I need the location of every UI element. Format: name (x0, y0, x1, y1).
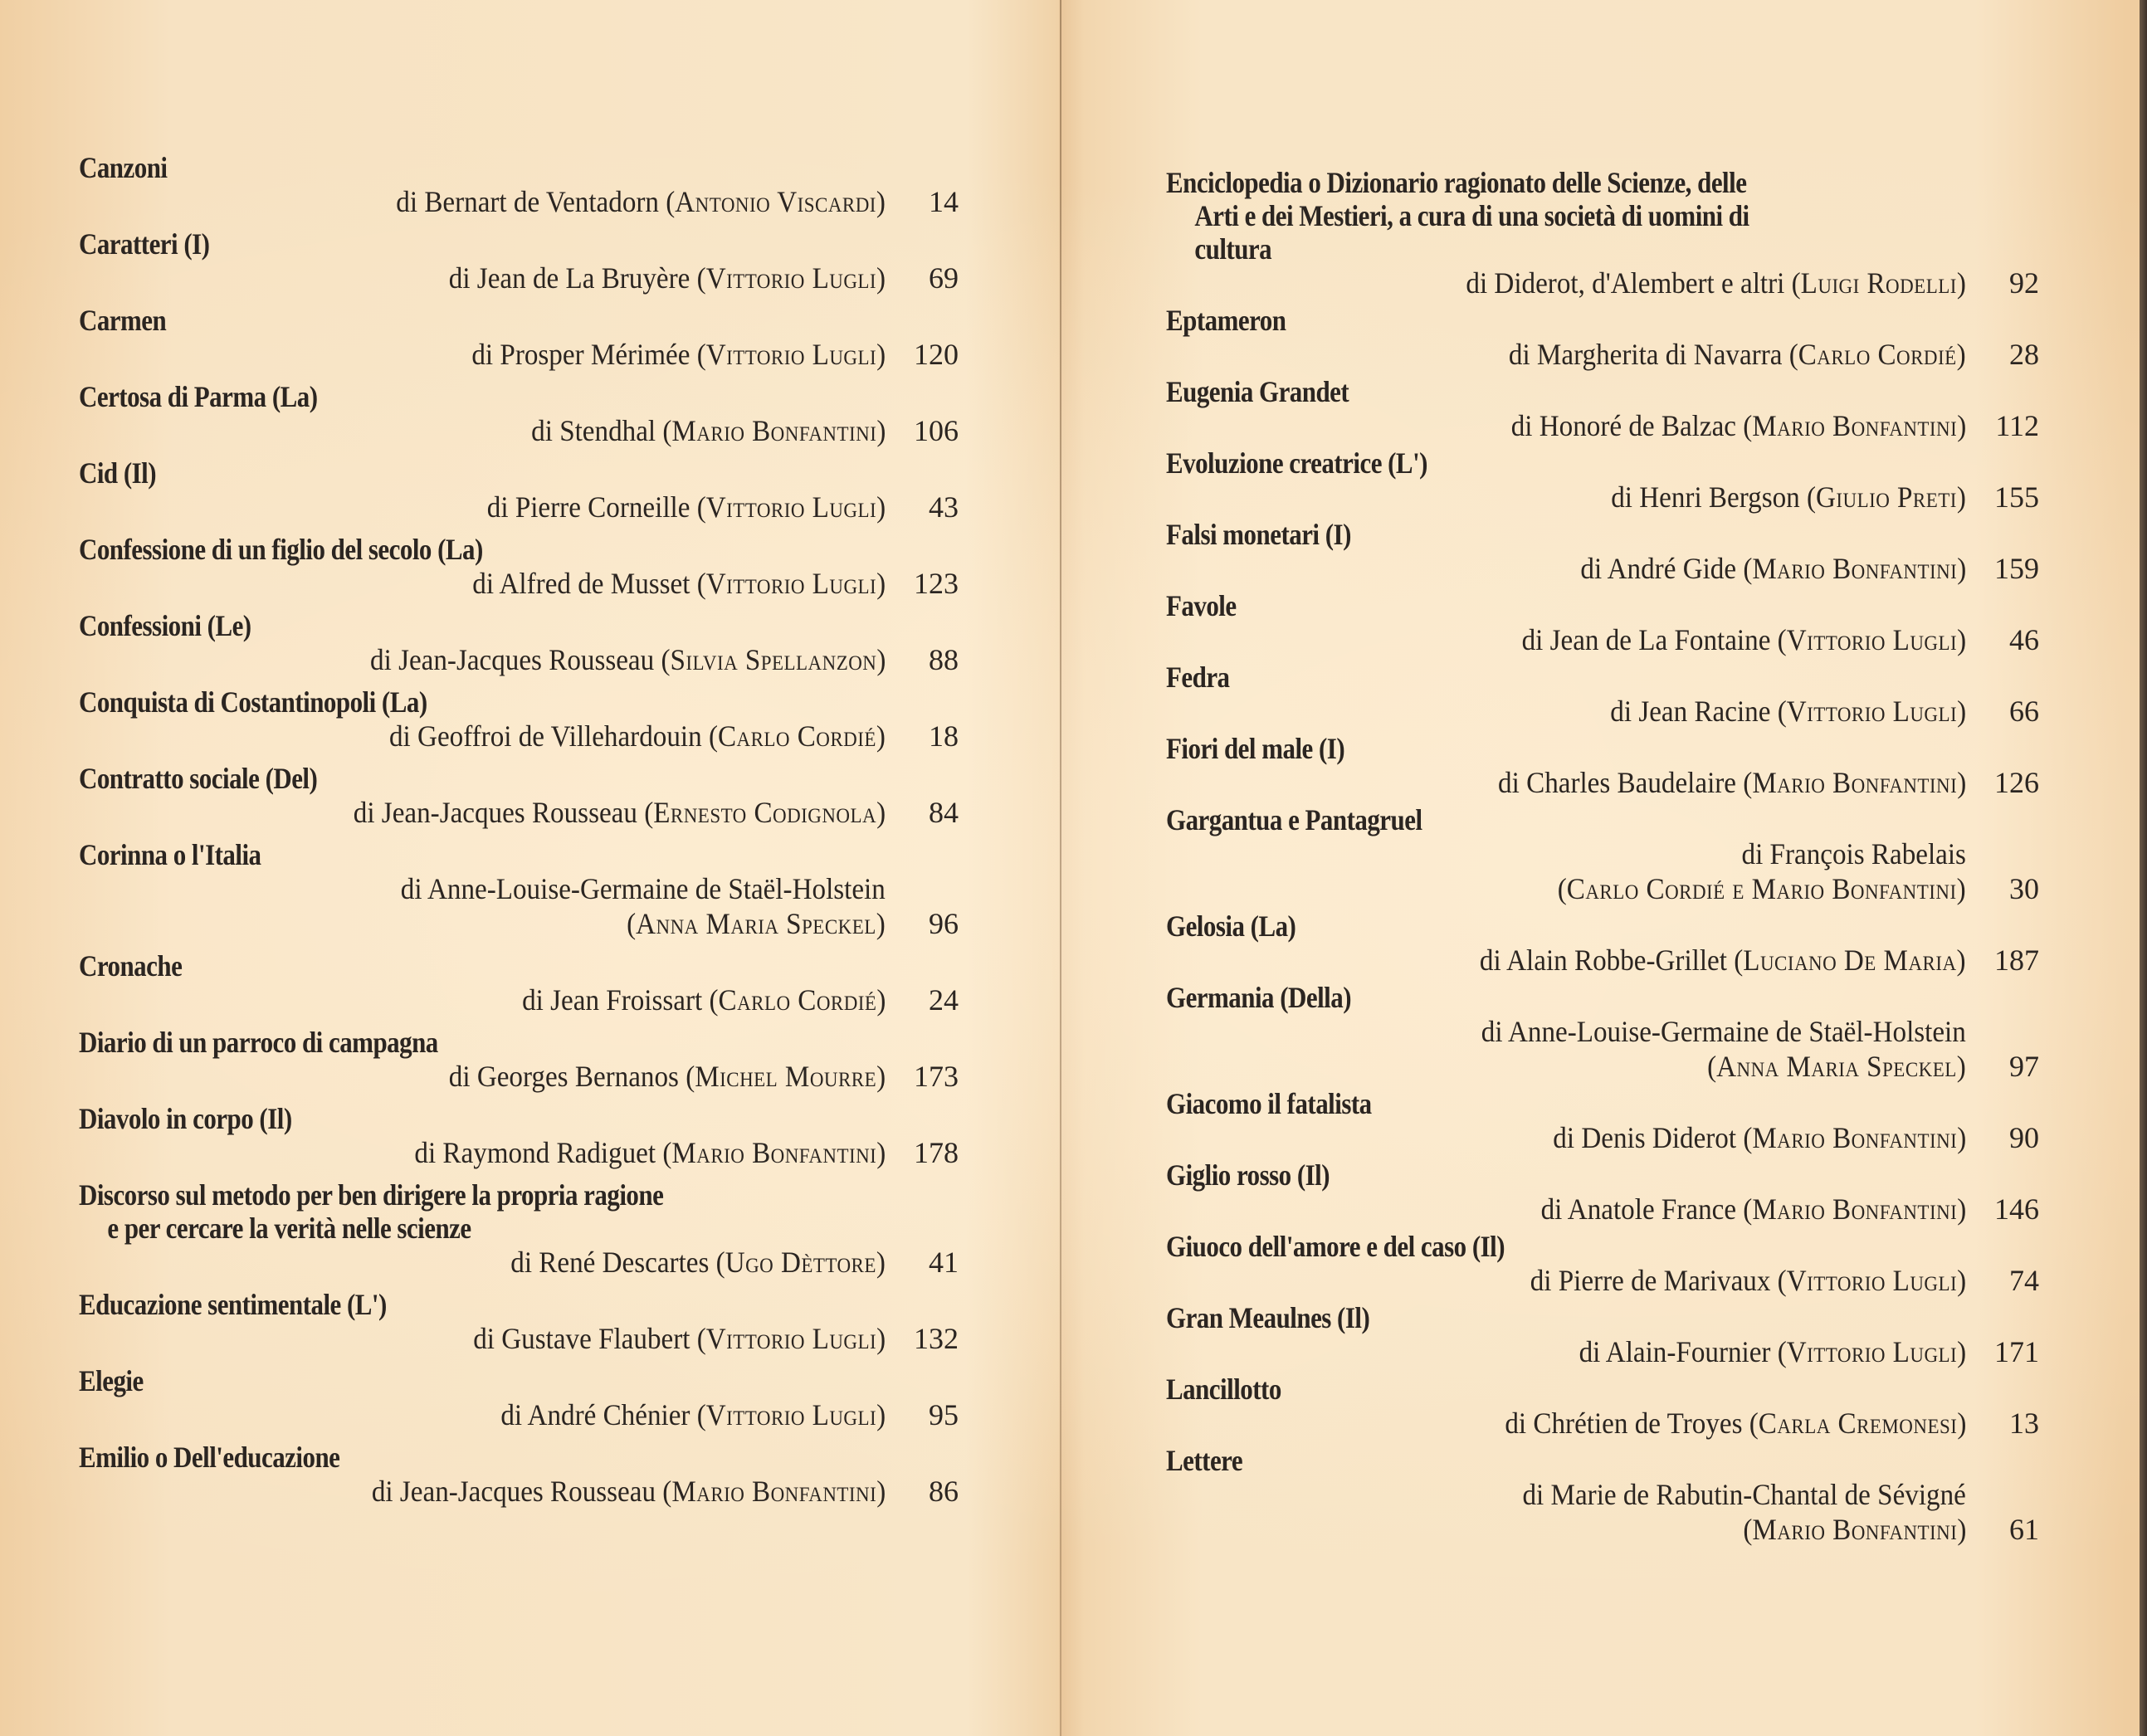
entry-title-line: Germania (Della) (1166, 981, 1917, 1014)
entry-title-line: Caratteri (I) (79, 227, 836, 261)
entry-title-line: Corinna o l'Italia (79, 838, 836, 871)
entry-detail-line: di Alain Robbe-Grillet (Luciano De Maria… (1166, 943, 2039, 978)
entry-title-line: Evoluzione creatrice (L') (1166, 446, 1917, 480)
index-entry: Enciclopedia o Dizionario ragionato dell… (1166, 166, 2039, 300)
index-entry: Confessioni (Le)di Jean-Jacques Rousseau… (79, 609, 959, 677)
entry-translator: Luciano De Maria (1744, 944, 1957, 977)
page-number: 123 (886, 566, 959, 601)
entry-title-line: Enciclopedia o Dizionario ragionato dell… (1166, 166, 1917, 199)
entry-author: di Geoffroi de Villehardouin (389, 719, 702, 753)
entry-author: di Georges Bernanos (449, 1060, 679, 1093)
entry-author: di Honoré de Balzac (1510, 409, 1735, 442)
page-number: 74 (1966, 1263, 2039, 1298)
entry-title: Diavolo in corpo (Il) (79, 1102, 836, 1135)
entry-translator: Vittorio Lugli (706, 261, 876, 295)
page-number: 159 (1966, 551, 2039, 586)
entry-translator-wrap: (Anna Maria Speckel) (627, 906, 886, 941)
entry-title-line: Emilio o Dell'educazione (79, 1441, 836, 1474)
entry-author-translator: di Pierre de Marivaux (Vittorio Lugli) (1530, 1263, 1966, 1298)
entry-author: di Jean de La Bruyère (449, 261, 690, 295)
entry-title: Giacomo il fatalista (1166, 1087, 1917, 1120)
entry-author-translator: di René Descartes (Ugo Dèttore) (510, 1245, 886, 1280)
entry-author: di Prosper Mérimée (471, 338, 690, 371)
page-number: 13 (1966, 1406, 2039, 1441)
entry-author: di Pierre Corneille (487, 490, 690, 524)
entry-title-line: Cid (Il) (79, 456, 836, 490)
page-number: 97 (1966, 1049, 2039, 1084)
entry-author-translator: di Bernart de Ventadorn (Antonio Viscard… (396, 184, 886, 219)
index-entry: Conquista di Costantinopoli (La)di Geoff… (79, 685, 959, 753)
entry-author: di Margherita di Navarra (1509, 338, 1783, 371)
book-spine (1060, 0, 1061, 1736)
entry-detail-line: di Margherita di Navarra (Carlo Cordié)2… (1166, 337, 2039, 372)
entry-translator: Carlo Cordié e Mario Bonfantini (1567, 872, 1957, 905)
entry-title: Favole (1166, 589, 1917, 622)
page-number: 84 (886, 795, 959, 830)
entry-title-line: Conquista di Costantinopoli (La) (79, 685, 836, 719)
entry-detail-line: di Charles Baudelaire (Mario Bonfantini)… (1166, 765, 2039, 800)
entry-detail-line: di André Chénier (Vittorio Lugli)95 (79, 1397, 959, 1432)
entry-author: di Henri Bergson (1611, 480, 1800, 514)
entry-author: di Alain Robbe-Grillet (1480, 944, 1727, 977)
page-number: 155 (1966, 480, 2039, 514)
index-entry: Lancillottodi Chrétien de Troyes (Carla … (1166, 1373, 2039, 1441)
entry-title: Fiori del male (I) (1166, 732, 1917, 765)
entry-detail-line: di Raymond Radiguet (Mario Bonfantini)17… (79, 1135, 959, 1170)
entry-author-translator: di Diderot, d'Alembert e altri (Luigi Ro… (1466, 266, 1966, 300)
page-number: 86 (886, 1474, 959, 1509)
entry-detail-line: di Stendhal (Mario Bonfantini)106 (79, 413, 959, 448)
entry-translator: Luigi Rodelli (1801, 266, 1957, 300)
entry-author-translator: di Georges Bernanos (Michel Mourre) (449, 1059, 886, 1094)
page-number: 178 (886, 1135, 959, 1170)
entry-title-line: Eptameron (1166, 304, 1917, 337)
entry-translator-wrap: (Anna Maria Speckel) (1707, 1049, 1966, 1084)
entry-detail-line: di Gustave Flaubert (Vittorio Lugli)132 (79, 1321, 959, 1356)
index-entry: Corinna o l'Italiadi Anne-Louise-Germain… (79, 838, 959, 941)
entry-author: di Jean de La Fontaine (1521, 623, 1770, 656)
entry-detail-line: di Jean-Jacques Rousseau (Ernesto Codign… (79, 795, 959, 830)
page-number: 14 (886, 184, 959, 219)
index-entry: Falsi monetari (I)di André Gide (Mario B… (1166, 518, 2039, 586)
entry-title: Discorso sul metodo per ben dirigere la … (79, 1178, 836, 1245)
index-entry: Certosa di Parma (La)di Stendhal (Mario … (79, 380, 959, 448)
entry-translator: Vittorio Lugli (1787, 1264, 1957, 1297)
entry-translator-wrap: (Carlo Cordié e Mario Bonfantini) (1558, 871, 1966, 906)
entry-detail-line: di Jean-Jacques Rousseau (Mario Bonfanti… (79, 1474, 959, 1509)
entry-title-line: Gargantua e Pantagruel (1166, 803, 1917, 836)
entry-title: Falsi monetari (I) (1166, 518, 1917, 551)
index-entry: Emilio o Dell'educazionedi Jean-Jacques … (79, 1441, 959, 1509)
entry-author-translator: di Raymond Radiguet (Mario Bonfantini) (414, 1135, 886, 1170)
entry-translator: Vittorio Lugli (706, 338, 876, 371)
page-number: 120 (886, 337, 959, 372)
entry-detail-line: di Pierre de Marivaux (Vittorio Lugli)74 (1166, 1263, 2039, 1298)
entry-title: Confessioni (Le) (79, 609, 836, 642)
entry-title: Giuoco dell'amore e del caso (Il) (1166, 1230, 1917, 1263)
index-entry: Favoledi Jean de La Fontaine (Vittorio L… (1166, 589, 2039, 657)
entry-title-line: Carmen (79, 304, 836, 337)
page-number: 41 (886, 1245, 959, 1280)
index-entry: Fedradi Jean Racine (Vittorio Lugli)66 (1166, 661, 2039, 729)
entry-translator: Mario Bonfantini (1752, 766, 1957, 799)
index-entry: Giacomo il fatalistadi Denis Diderot (Ma… (1166, 1087, 2039, 1155)
entry-title-line: cultura (1166, 232, 1917, 266)
entry-author: di Jean-Jacques Rousseau (354, 796, 637, 829)
entry-author-translator: di Stendhal (Mario Bonfantini) (531, 413, 886, 448)
entry-translator: Carlo Cordié (1798, 338, 1957, 371)
entry-detail-line: di Alain-Fournier (Vittorio Lugli)171 (1166, 1334, 2039, 1369)
entry-translator: Ernesto Codignola (653, 796, 876, 829)
entry-title-line: Canzoni (79, 151, 836, 184)
entry-title: Corinna o l'Italia (79, 838, 836, 871)
index-entry: Gran Meaulnes (Il)di Alain-Fournier (Vit… (1166, 1301, 2039, 1369)
entry-author-translator: di Geoffroi de Villehardouin (Carlo Cord… (389, 719, 886, 753)
entry-detail-line: di Alfred de Musset (Vittorio Lugli)123 (79, 566, 959, 601)
page-number: 46 (1966, 622, 2039, 657)
index-entry: Diavolo in corpo (Il)di Raymond Radiguet… (79, 1102, 959, 1170)
page-number: 88 (886, 642, 959, 677)
entry-title: Conquista di Costantinopoli (La) (79, 685, 836, 719)
entry-translator: Vittorio Lugli (706, 1322, 876, 1355)
entry-author: di Diderot, d'Alembert e altri (1466, 266, 1785, 300)
entry-author-translator: di Jean de La Bruyère (Vittorio Lugli) (449, 261, 886, 295)
entry-title-line: Giuoco dell'amore e del caso (Il) (1166, 1230, 1917, 1263)
entry-author: di Jean Froissart (522, 983, 702, 1017)
entry-author-translator: di Jean Froissart (Carlo Cordié) (522, 983, 886, 1017)
entry-translator: Mario Bonfantini (1752, 1513, 1957, 1546)
entry-detail-line: di Jean de La Fontaine (Vittorio Lugli)4… (1166, 622, 2039, 657)
index-entry: Fiori del male (I)di Charles Baudelaire … (1166, 732, 2039, 800)
entry-translator: Giulio Preti (1816, 480, 1957, 514)
entry-author-translator: di André Chénier (Vittorio Lugli) (500, 1397, 886, 1432)
entry-author: di Alfred de Musset (472, 567, 690, 600)
index-entry: Giuoco dell'amore e del caso (Il)di Pier… (1166, 1230, 2039, 1298)
entry-title-line: Gran Meaulnes (Il) (1166, 1301, 1917, 1334)
entry-translator: Vittorio Lugli (1787, 623, 1957, 656)
entry-detail-line: di Prosper Mérimée (Vittorio Lugli)120 (79, 337, 959, 372)
entry-author: di Gustave Flaubert (473, 1322, 690, 1355)
page-number: 95 (886, 1397, 959, 1432)
entry-title: Confessione di un figlio del secolo (La) (79, 533, 836, 566)
entry-title: Elegie (79, 1364, 836, 1397)
index-entry: Caratteri (I)di Jean de La Bruyère (Vitt… (79, 227, 959, 295)
entry-author-translator: di André Gide (Mario Bonfantini) (1580, 551, 1966, 586)
entry-author: di Marie de Rabutin-Chantal de Sévigné (1523, 1477, 1966, 1512)
entry-author: di Anne-Louise-Germaine de Staël-Holstei… (401, 871, 886, 906)
entry-title: Lancillotto (1166, 1373, 1917, 1406)
entry-title: Certosa di Parma (La) (79, 380, 836, 413)
entry-translator: Mario Bonfantini (671, 1475, 876, 1508)
entry-translator: Michel Mourre (695, 1060, 876, 1093)
entry-author-line: di Marie de Rabutin-Chantal de Sévigné (1166, 1477, 2039, 1512)
page-number: 96 (886, 906, 959, 941)
entry-author: di Raymond Radiguet (414, 1136, 656, 1169)
entry-author: di René Descartes (510, 1246, 709, 1279)
index-entry: Discorso sul metodo per ben dirigere la … (79, 1178, 959, 1280)
entry-title-line: Educazione sentimentale (L') (79, 1288, 836, 1321)
entry-title-line: e per cercare la verità nelle scienze (79, 1212, 836, 1245)
entry-author: di Jean Racine (1610, 695, 1770, 728)
index-entry: Evoluzione creatrice (L')di Henri Bergso… (1166, 446, 2039, 514)
entry-title-line: Confessione di un figlio del secolo (La) (79, 533, 836, 566)
page-number: 69 (886, 261, 959, 295)
entry-detail-line: di André Gide (Mario Bonfantini)159 (1166, 551, 2039, 586)
index-entry: Gelosia (La)di Alain Robbe-Grillet (Luci… (1166, 909, 2039, 978)
entry-translator: Mario Bonfantini (1752, 1121, 1957, 1154)
index-entry: Cronachedi Jean Froissart (Carlo Cordié)… (79, 949, 959, 1017)
entry-translator: Mario Bonfantini (671, 1136, 876, 1169)
page-number: 106 (886, 413, 959, 448)
entry-author: di Stendhal (531, 414, 656, 447)
entry-title-line: Fiori del male (I) (1166, 732, 1917, 765)
entry-title: Eugenia Grandet (1166, 375, 1917, 408)
entry-translator-line: (Mario Bonfantini)61 (1166, 1512, 2039, 1547)
entry-author: di Anne-Louise-Germaine de Staël-Holstei… (1481, 1014, 1966, 1049)
entry-title-line: Cronache (79, 949, 836, 983)
entry-translator: Antonio Viscardi (675, 185, 876, 218)
entry-title-line: Giglio rosso (Il) (1166, 1158, 1917, 1192)
entry-author: di Anatole France (1540, 1192, 1735, 1226)
entry-title: Carmen (79, 304, 836, 337)
entry-translator: Carla Cremonesi (1758, 1407, 1957, 1440)
index-entry: Educazione sentimentale (L')di Gustave F… (79, 1288, 959, 1356)
entry-author: di André Gide (1580, 552, 1736, 585)
entry-title-line: Fedra (1166, 661, 1917, 694)
entry-title-line: Lettere (1166, 1444, 1917, 1477)
entry-translator-line: (Anna Maria Speckel)96 (79, 906, 959, 941)
entry-translator-line: (Carlo Cordié e Mario Bonfantini)30 (1166, 871, 2039, 906)
entry-author: di Bernart de Ventadorn (396, 185, 659, 218)
index-entry: Germania (Della)di Anne-Louise-Germaine … (1166, 981, 2039, 1084)
entry-translator-wrap: (Mario Bonfantini) (1743, 1512, 1966, 1547)
entry-title: Caratteri (I) (79, 227, 836, 261)
entry-detail-line: di Honoré de Balzac (Mario Bonfantini)11… (1166, 408, 2039, 443)
entry-translator: Carlo Cordié (718, 719, 876, 753)
page-number: 173 (886, 1059, 959, 1094)
entry-author-line: di François Rabelais (1166, 836, 2039, 871)
page-number: 146 (1966, 1192, 2039, 1226)
page-number: 126 (1966, 765, 2039, 800)
entry-translator: Vittorio Lugli (706, 1398, 876, 1431)
page-number: 66 (1966, 694, 2039, 729)
entry-translator: Silvia Spellanzon (670, 643, 876, 676)
right-page: Enciclopedia o Dizionario ragionato dell… (1166, 0, 2039, 1736)
entry-detail-line: di Henri Bergson (Giulio Preti)155 (1166, 480, 2039, 514)
entry-detail-line: di Chrétien de Troyes (Carla Cremonesi)1… (1166, 1406, 2039, 1441)
entry-author: di Charles Baudelaire (1498, 766, 1736, 799)
entry-author-translator: di Honoré de Balzac (Mario Bonfantini) (1510, 408, 1966, 443)
page-number: 171 (1966, 1334, 2039, 1369)
entry-author: di Denis Diderot (1553, 1121, 1736, 1154)
entry-title: Enciclopedia o Dizionario ragionato dell… (1166, 166, 1917, 266)
entry-author-translator: di Margherita di Navarra (Carlo Cordié) (1509, 337, 1966, 372)
index-entry: Elegiedi André Chénier (Vittorio Lugli)9… (79, 1364, 959, 1432)
entry-author-line: di Anne-Louise-Germaine de Staël-Holstei… (79, 871, 959, 906)
page-number: 92 (1966, 266, 2039, 300)
entry-author: di Alain-Fournier (1579, 1335, 1770, 1368)
left-page: Canzonidi Bernart de Ventadorn (Antonio … (79, 0, 959, 1736)
page-number: 30 (1966, 871, 2039, 906)
entry-author-translator: di Chrétien de Troyes (Carla Cremonesi) (1505, 1406, 1966, 1441)
entry-title: Evoluzione creatrice (L') (1166, 446, 1917, 480)
entry-translator: Vittorio Lugli (1787, 1335, 1957, 1368)
entry-title-line: Giacomo il fatalista (1166, 1087, 1917, 1120)
entry-author-translator: di Jean de La Fontaine (Vittorio Lugli) (1521, 622, 1966, 657)
entry-title: Eptameron (1166, 304, 1917, 337)
entry-title: Educazione sentimentale (L') (79, 1288, 836, 1321)
entry-translator: Vittorio Lugli (1787, 695, 1957, 728)
entry-title-line: Certosa di Parma (La) (79, 380, 836, 413)
entry-title: Lettere (1166, 1444, 1917, 1477)
entry-author-translator: di Anatole France (Mario Bonfantini) (1540, 1192, 1966, 1226)
entry-detail-line: di Jean Froissart (Carlo Cordié)24 (79, 983, 959, 1017)
entry-translator: Mario Bonfantini (1752, 1192, 1957, 1226)
index-entry: Carmendi Prosper Mérimée (Vittorio Lugli… (79, 304, 959, 372)
entry-translator: Anna Maria Speckel (1716, 1050, 1957, 1083)
page-number: 187 (1966, 943, 2039, 978)
index-entry: Canzonidi Bernart de Ventadorn (Antonio … (79, 151, 959, 219)
entry-title-line: Gelosia (La) (1166, 909, 1917, 943)
entry-title-line: Falsi monetari (I) (1166, 518, 1917, 551)
entry-author: di François Rabelais (1742, 836, 1966, 871)
entry-detail-line: di Diderot, d'Alembert e altri (Luigi Ro… (1166, 266, 2039, 300)
entry-author-translator: di Alain-Fournier (Vittorio Lugli) (1579, 1334, 1966, 1369)
entry-title: Giglio rosso (Il) (1166, 1158, 1917, 1192)
entry-title-line: Eugenia Grandet (1166, 375, 1917, 408)
entry-translator: Anna Maria Speckel (636, 907, 876, 940)
index-entry: Eugenia Grandetdi Honoré de Balzac (Mari… (1166, 375, 2039, 443)
entry-title: Gargantua e Pantagruel (1166, 803, 1917, 836)
entry-title: Cronache (79, 949, 836, 983)
entry-translator: Vittorio Lugli (706, 490, 876, 524)
entry-detail-line: di Jean Racine (Vittorio Lugli)66 (1166, 694, 2039, 729)
page-number: 18 (886, 719, 959, 753)
entry-author: di Jean-Jacques Rousseau (372, 1475, 656, 1508)
entry-author-translator: di Henri Bergson (Giulio Preti) (1611, 480, 1966, 514)
entry-author-translator: di Denis Diderot (Mario Bonfantini) (1553, 1120, 1966, 1155)
entry-author-line: di Anne-Louise-Germaine de Staël-Holstei… (1166, 1014, 2039, 1049)
entry-title: Cid (Il) (79, 456, 836, 490)
index-entry: Giglio rosso (Il)di Anatole France (Mari… (1166, 1158, 2039, 1226)
page-number: 112 (1966, 408, 2039, 443)
entry-title: Gran Meaulnes (Il) (1166, 1301, 1917, 1334)
entry-author-translator: di Jean-Jacques Rousseau (Silvia Spellan… (370, 642, 886, 677)
entry-title: Contratto sociale (Del) (79, 762, 836, 795)
entry-title: Germania (Della) (1166, 981, 1917, 1014)
index-entry: Cid (Il)di Pierre Corneille (Vittorio Lu… (79, 456, 959, 524)
entry-title: Emilio o Dell'educazione (79, 1441, 836, 1474)
entry-title-line: Diavolo in corpo (Il) (79, 1102, 836, 1135)
entry-detail-line: di Jean de La Bruyère (Vittorio Lugli)69 (79, 261, 959, 295)
index-entry: Diario di un parroco di campagnadi Georg… (79, 1026, 959, 1094)
entry-author-translator: di Prosper Mérimée (Vittorio Lugli) (471, 337, 886, 372)
entry-detail-line: di Anatole France (Mario Bonfantini)146 (1166, 1192, 2039, 1226)
entry-translator: Vittorio Lugli (706, 567, 876, 600)
entry-author: di André Chénier (500, 1398, 690, 1431)
entry-title-line: Elegie (79, 1364, 836, 1397)
entry-translator-line: (Anna Maria Speckel)97 (1166, 1049, 2039, 1084)
entry-title-line: Favole (1166, 589, 1917, 622)
entry-author-translator: di Gustave Flaubert (Vittorio Lugli) (473, 1321, 886, 1356)
page-number: 24 (886, 983, 959, 1017)
entry-author-translator: di Jean-Jacques Rousseau (Mario Bonfanti… (372, 1474, 886, 1509)
index-entry: Contratto sociale (Del)di Jean-Jacques R… (79, 762, 959, 830)
entry-detail-line: di Denis Diderot (Mario Bonfantini)90 (1166, 1120, 2039, 1155)
entry-translator: Carlo Cordié (718, 983, 876, 1017)
entry-detail-line: di Geoffroi de Villehardouin (Carlo Cord… (79, 719, 959, 753)
entry-author-translator: di Jean-Jacques Rousseau (Ernesto Codign… (354, 795, 886, 830)
entry-translator: Mario Bonfantini (671, 414, 876, 447)
entry-translator: Mario Bonfantini (1752, 552, 1957, 585)
page-edge (2140, 0, 2147, 1736)
entry-author: di Pierre de Marivaux (1530, 1264, 1771, 1297)
entry-author-translator: di Jean Racine (Vittorio Lugli) (1610, 694, 1966, 729)
page-number: 90 (1966, 1120, 2039, 1155)
entry-author: di Jean-Jacques Rousseau (370, 643, 654, 676)
index-entry: Letteredi Marie de Rabutin-Chantal de Sé… (1166, 1444, 2039, 1547)
entry-translator: Ugo Dèttore (725, 1246, 876, 1279)
entry-author: di Chrétien de Troyes (1505, 1407, 1742, 1440)
entry-title-line: Arti e dei Mestieri, a cura di una socie… (1166, 199, 1917, 232)
entry-title-line: Lancillotto (1166, 1373, 1917, 1406)
index-entry: Eptamerondi Margherita di Navarra (Carlo… (1166, 304, 2039, 372)
entry-title: Fedra (1166, 661, 1917, 694)
entry-author-translator: di Alfred de Musset (Vittorio Lugli) (472, 566, 886, 601)
index-entry: Gargantua e Pantagrueldi François Rabela… (1166, 803, 2039, 906)
page-number: 28 (1966, 337, 2039, 372)
entry-detail-line: di René Descartes (Ugo Dèttore)41 (79, 1245, 959, 1280)
entry-title: Canzoni (79, 151, 836, 184)
index-entry: Confessione di un figlio del secolo (La)… (79, 533, 959, 601)
entry-author-translator: di Charles Baudelaire (Mario Bonfantini) (1498, 765, 1966, 800)
entry-title: Diario di un parroco di campagna (79, 1026, 836, 1059)
entry-title-line: Contratto sociale (Del) (79, 762, 836, 795)
entry-detail-line: di Bernart de Ventadorn (Antonio Viscard… (79, 184, 959, 219)
entry-title: Gelosia (La) (1166, 909, 1917, 943)
entry-title-line: Discorso sul metodo per ben dirigere la … (79, 1178, 836, 1212)
page-number: 132 (886, 1321, 959, 1356)
entry-title-line: Diario di un parroco di campagna (79, 1026, 836, 1059)
entry-author-translator: di Pierre Corneille (Vittorio Lugli) (487, 490, 886, 524)
entry-detail-line: di Jean-Jacques Rousseau (Silvia Spellan… (79, 642, 959, 677)
entry-author-translator: di Alain Robbe-Grillet (Luciano De Maria… (1480, 943, 1966, 978)
entry-title-line: Confessioni (Le) (79, 609, 836, 642)
entry-translator: Mario Bonfantini (1752, 409, 1957, 442)
page-number: 43 (886, 490, 959, 524)
entry-detail-line: di Georges Bernanos (Michel Mourre)173 (79, 1059, 959, 1094)
entry-detail-line: di Pierre Corneille (Vittorio Lugli)43 (79, 490, 959, 524)
page-number: 61 (1966, 1512, 2039, 1547)
